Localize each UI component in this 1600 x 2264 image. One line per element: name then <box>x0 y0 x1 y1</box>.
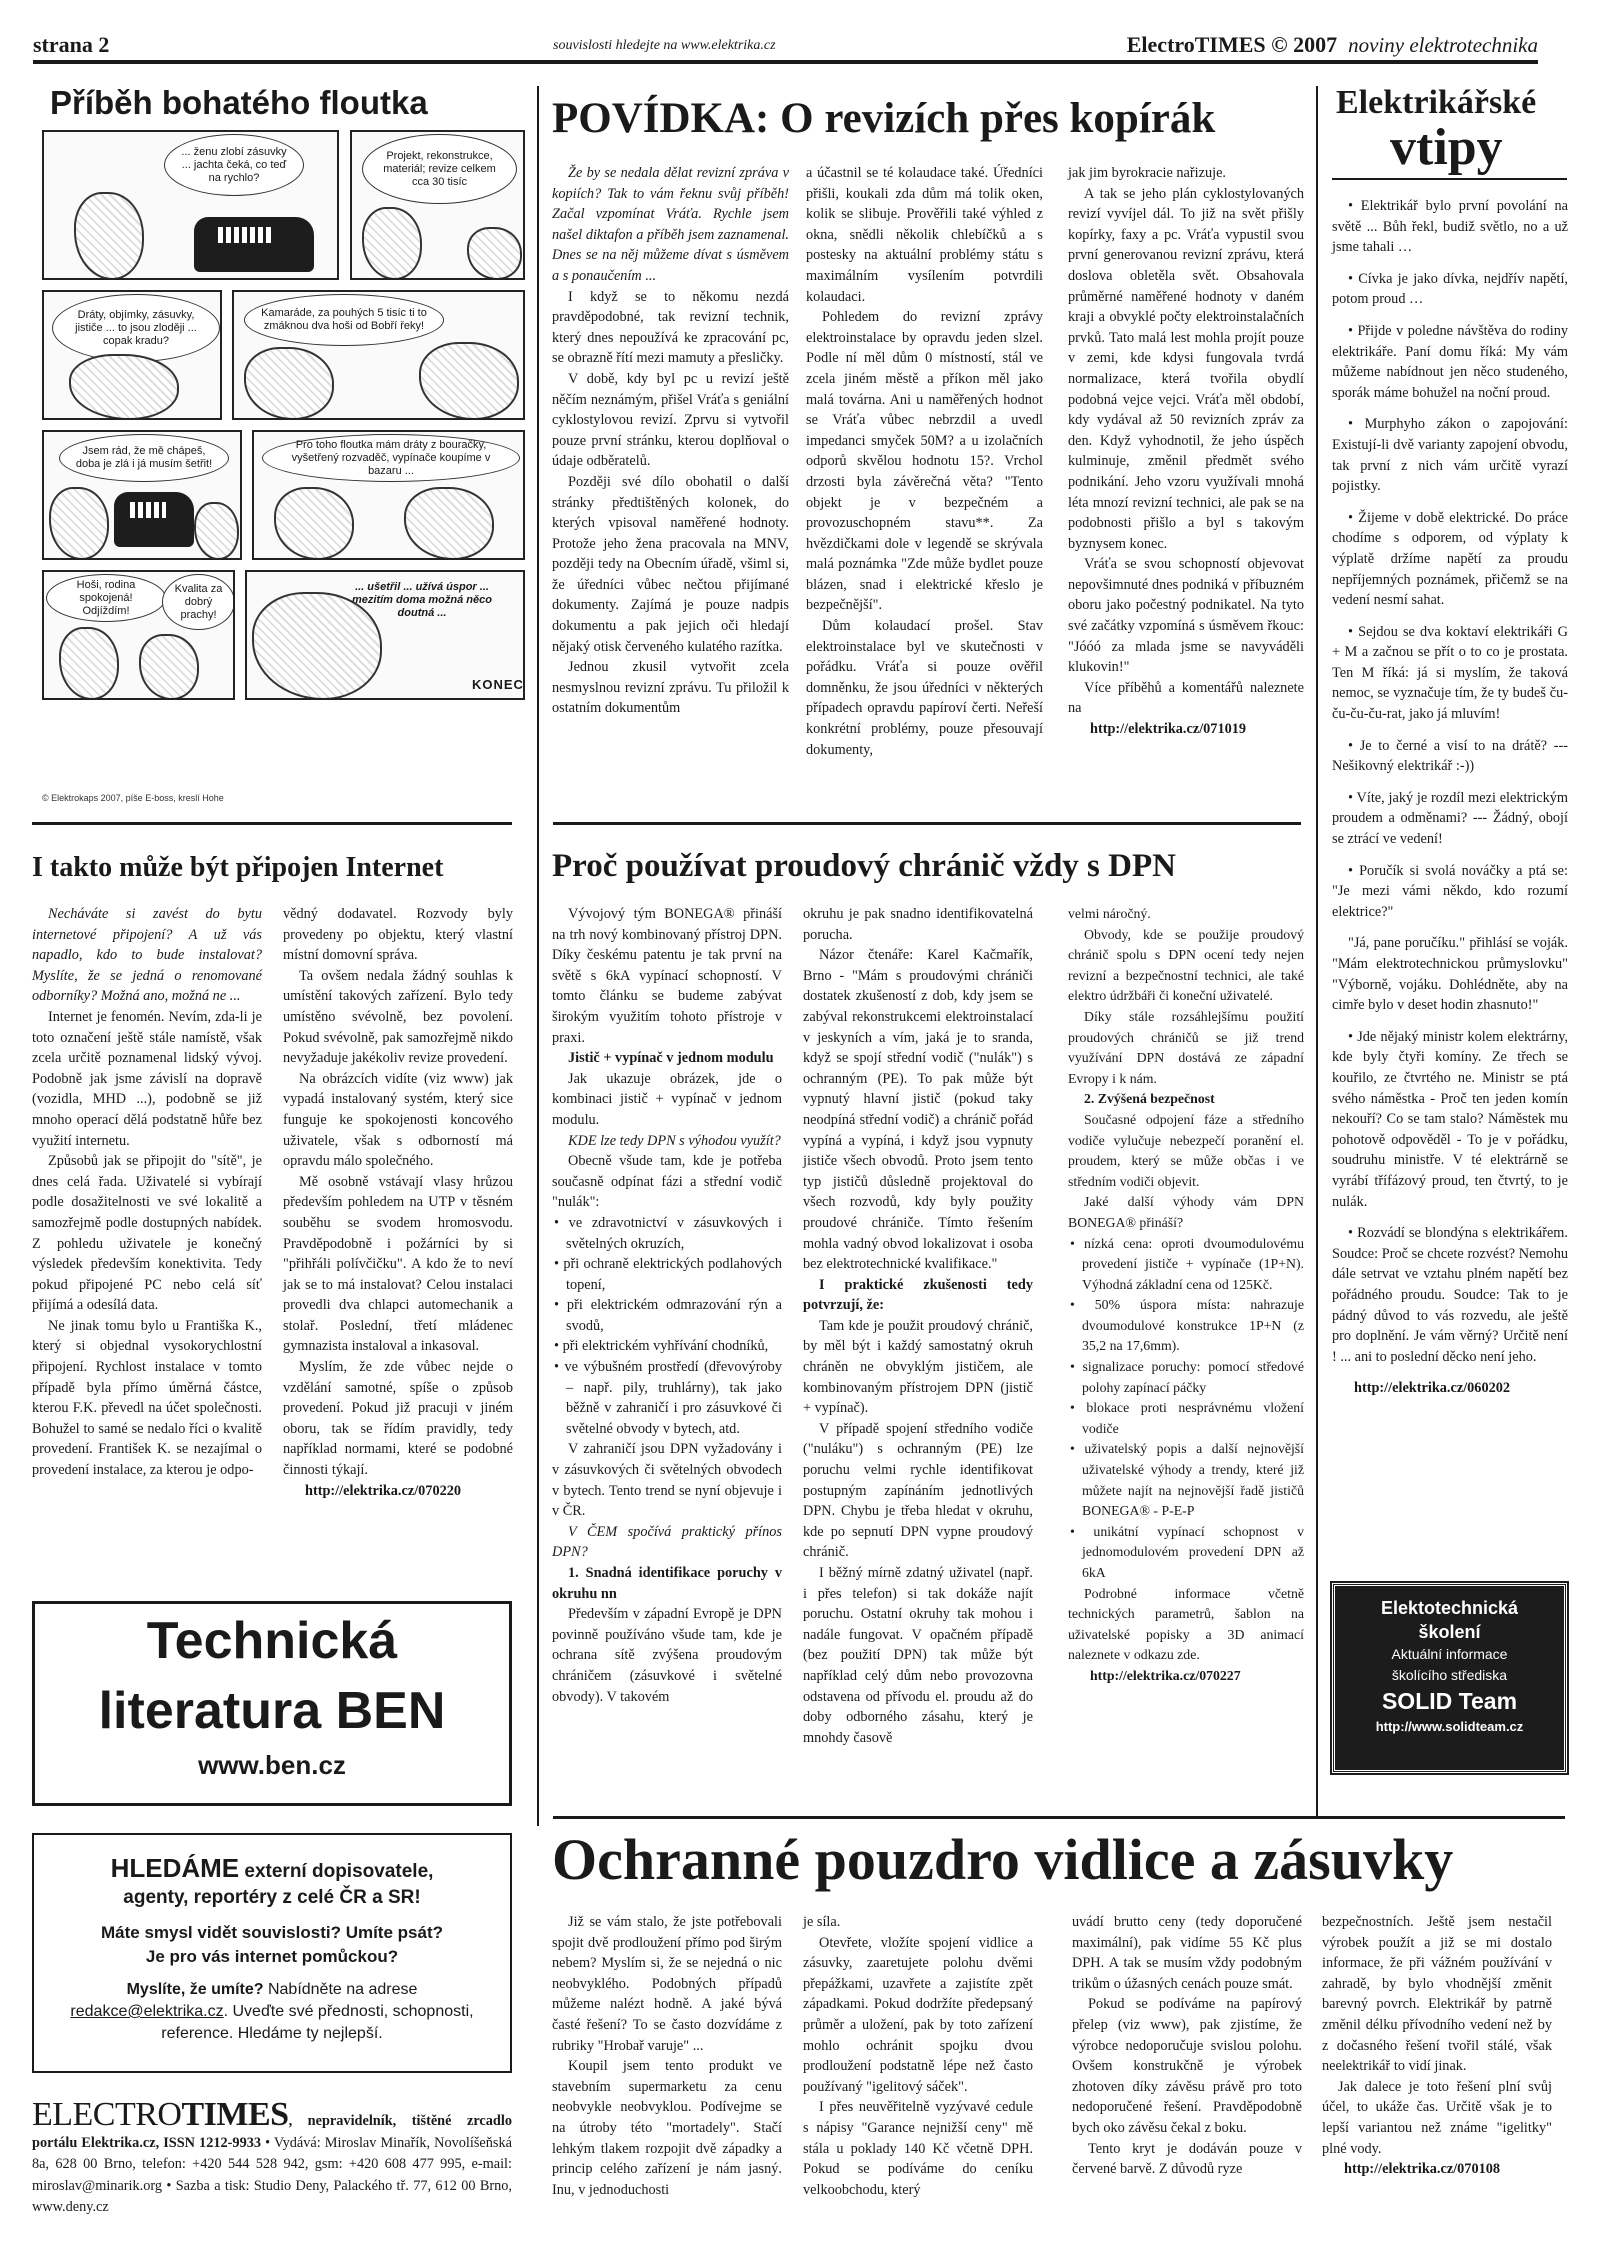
joke: • Žijeme v době elektrické. Do práce cho… <box>1332 508 1568 611</box>
internet-col-1: Necháváte si zavést do bytu internetové … <box>32 904 262 1481</box>
paragraph: Tento kryt je dodáván pouze v červené ba… <box>1072 2139 1302 2180</box>
joke: • Rozvádí se blondýna s elektrikářem. So… <box>1332 1223 1568 1367</box>
joke: • Přijde v poledne návštěva do rodiny el… <box>1332 321 1568 403</box>
speech-bubble: Kvalita za dobrý prachy! <box>162 574 235 630</box>
joke: • Je to černé a visí to na drátě? --- Ne… <box>1332 736 1568 777</box>
comic-credit: © Elektrokaps 2007, píše E-boss, kreslí … <box>42 793 224 803</box>
article-link[interactable]: http://elektrika.cz/070227 <box>1068 1666 1304 1687</box>
subheading: 2. Zvýšená bezpečnost <box>1068 1089 1304 1110</box>
comic-panel-8: ... ušetřil ... užívá úspor ... mezitím … <box>245 570 525 700</box>
paragraph: Vráťa se svou schopností objevovat nepov… <box>1068 554 1304 678</box>
ad-solid-line3: Aktuální informace <box>1335 1644 1564 1665</box>
article-title-povidka: POVÍDKA: O revizích přes kopírák <box>552 94 1215 143</box>
column-divider <box>537 86 539 1826</box>
pouzdro-col-1: Již se vám stalo, že jste potřebovali sp… <box>552 1912 782 2200</box>
paragraph: V zahraničí jsou DPN vyžadovány i v zásu… <box>552 1439 782 1521</box>
paragraph: Jak ukazuje obrázek, jde o kombinaci jis… <box>552 1069 782 1131</box>
paragraph: Současné odpojení fáze a středního vodič… <box>1068 1110 1304 1192</box>
list-item: při ochraně elektrických podlahových top… <box>552 1254 782 1295</box>
car-drawing <box>194 217 314 272</box>
comic-panel-3: Dráty, objímky, zásuvky, jističe ... to … <box>42 290 222 420</box>
article-link[interactable]: http://elektrika.cz/060202 <box>1332 1378 1568 1399</box>
paragraph: I běžný mírně zdatný uživatel (např. i p… <box>803 1563 1033 1748</box>
paragraph: Pokud se podíváme na papírový přelep (vi… <box>1072 1994 1302 2138</box>
paragraph: jak jim byrokracie nařizuje. <box>1068 163 1304 184</box>
character-drawing <box>404 487 494 560</box>
pouzdro-col-2: je síla. Otevřete, vložíte spojení vidli… <box>803 1912 1033 2200</box>
ad-hledame-big: HLEDÁME <box>111 1853 240 1883</box>
speech-bubble: Kamaráde, za pouhých 5 tisíc ti to zmákn… <box>244 294 444 346</box>
paragraph: Tam kde je použit proudový chránič, by m… <box>803 1316 1033 1419</box>
joke: "Já, pane poručíku." přihlásí se voják. … <box>1332 933 1568 1015</box>
list-item: blokace proti nesprávnému vložení vodiče <box>1068 1398 1304 1439</box>
speech-bubble: ... ženu zlobí zásuvky ... jachta čeká, … <box>164 134 304 196</box>
character-drawing <box>362 207 422 280</box>
ad-hledame-text: Myslíte, že umíte? <box>127 1981 264 1998</box>
ad-solid-line4: školícího střediska <box>1335 1665 1564 1686</box>
joke: • Poručík si svolá nováčky a ptá se: "Je… <box>1332 861 1568 923</box>
comic-panel-6: Pro toho floutka mám dráty z bouračky, v… <box>252 430 525 560</box>
paragraph: Jak dalece je toto řešení plní svůj účel… <box>1322 2077 1552 2159</box>
paragraph: Na obrázcích vidíte (viz www) jak vypadá… <box>283 1069 513 1172</box>
paragraph: je síla. <box>803 1912 1033 1933</box>
ad-solid-team[interactable]: Elektotechnická školení Aktuální informa… <box>1332 1583 1567 1773</box>
character-drawing <box>252 592 382 700</box>
pouzdro-col-3: uvádí brutto ceny (tedy doporučené maxim… <box>1072 1912 1302 2180</box>
list-item: unikátní vypínací schopnost v jednomodul… <box>1068 1522 1304 1584</box>
character-drawing <box>244 347 334 420</box>
ad-ben-line1: Technická <box>35 1608 509 1674</box>
ad-hledame-question: Máte smysl vidět souvislosti? Umíte psát… <box>34 1921 510 1969</box>
paragraph: Obvody, kde se použije proudový chránič … <box>1068 925 1304 1007</box>
paragraph: Jaké další výhody vám DPN BONEGA® přináš… <box>1068 1192 1304 1233</box>
email-link[interactable]: redakce@elektrika.cz <box>70 2003 223 2020</box>
paragraph: Ne jinak tomu bylo u Františka K., který… <box>32 1316 262 1481</box>
ad-hledame-text: Máte smysl vidět souvislosti? Umíte psát… <box>101 1923 443 1942</box>
ad-ben-line2: literatura BEN <box>35 1678 509 1744</box>
paragraph: Myslím, že zde vůbec nejde o vzdělání sa… <box>283 1357 513 1481</box>
car-drawing <box>114 492 194 547</box>
character-drawing <box>69 354 179 420</box>
section-divider <box>32 822 512 825</box>
brand-subtitle: noviny elektrotechnika <box>1348 33 1538 57</box>
bullet-list: ve zdravotnictví v zásuvkových i světeln… <box>552 1213 782 1440</box>
ad-solid-url[interactable]: http://www.solidteam.cz <box>1335 1716 1564 1738</box>
paragraph: Především v západní Evropě je DPN povinn… <box>552 1604 782 1707</box>
speech-bubble: Jsem rád, že mě chápeš, doba je zlá i já… <box>59 434 229 482</box>
paragraph: Otevřete, vložíte spojení vidlice a zásu… <box>803 1933 1033 2098</box>
paragraph: V době, kdy byl pc u revizí ještě něčím … <box>552 369 789 472</box>
speech-bubble: Pro toho floutka mám dráty z bouračky, v… <box>262 434 520 482</box>
subheading: 1. Snadná identifikace poruchy v okruhu … <box>552 1563 782 1604</box>
paragraph: vědný dodavatel. Rozvody byly provedeny … <box>283 904 513 966</box>
brand-line: ElectroTIMES © 2007 noviny elektrotechni… <box>1127 32 1538 58</box>
ad-hledame-text: agenty, reportéry z celé ČR a SR! <box>123 1887 420 1908</box>
ad-hledame-text: externí dopisovatele, <box>239 1861 433 1882</box>
vtipy-title-line2: vtipy <box>1390 118 1503 177</box>
paragraph: Způsobů jak se připojit do "sítě", je dn… <box>32 1151 262 1316</box>
joke: • Víte, jaký je rozdíl mezi elektrickým … <box>1332 788 1568 850</box>
vtipy-list: • Elektrikář bylo první povolání na svět… <box>1332 196 1568 1399</box>
character-drawing <box>49 487 109 560</box>
paragraph: Později své dílo obohatil o další stránk… <box>552 472 789 657</box>
ad-hledame-text: Nabídněte na adrese <box>264 1981 418 1998</box>
brand: ElectroTIMES © 2007 <box>1127 32 1337 57</box>
speech-bubble: Projekt, rekonstrukce, materiál; revize … <box>362 134 517 204</box>
list-item: nízká cena: oproti dvoumodulovému proved… <box>1068 1234 1304 1296</box>
character-drawing <box>59 627 119 700</box>
character-drawing <box>194 502 239 560</box>
dpn-col-1: Vývojový tým BONEGA® přináší na trh nový… <box>552 904 782 1707</box>
paragraph: Dům kolaudací prošel. Stav elektroinstal… <box>806 616 1043 760</box>
ad-ben-url[interactable]: www.ben.cz <box>35 1750 509 1781</box>
tagline: souvislosti hledejte na www.elektrika.cz <box>553 38 776 54</box>
paragraph: okruhu je pak snadno identifikovatelná p… <box>803 904 1033 945</box>
comic-signature: KONEC <box>472 677 524 692</box>
article-title-internet: I takto může být připojen Internet <box>32 852 443 884</box>
ad-solid-line1: Elektotechnická <box>1335 1596 1564 1620</box>
comic-strip: ... ženu zlobí zásuvky ... jachta čeká, … <box>42 130 525 800</box>
povidka-col-3: jak jim byrokracie nařizuje. A tak se je… <box>1068 163 1304 740</box>
comic-title: Příběh bohatého floutka <box>50 84 428 122</box>
paragraph: A tak se jeho plán cyklostylovaných revi… <box>1068 184 1304 555</box>
paragraph: Koupil jsem tento produkt ve stavebním s… <box>552 2056 782 2200</box>
character-drawing <box>139 634 199 700</box>
povidka-col-2: a účastnil se té kolaudace také. Úředníc… <box>806 163 1043 760</box>
paragraph: velmi náročný. <box>1068 904 1304 925</box>
list-item: při elektrickém vyhřívání chodníků, <box>552 1336 782 1357</box>
article-title-pouzdro: Ochranné pouzdro vidlice a zásuvky <box>552 1826 1453 1893</box>
article-link[interactable]: http://elektrika.cz/070220 <box>283 1481 513 1502</box>
list-item: při elektrickém odmrazování rýn a svodů, <box>552 1295 782 1336</box>
ad-ben[interactable]: Technická literatura BEN www.ben.cz <box>32 1601 512 1806</box>
vtipy-title-line1: Elektrikářské <box>1336 84 1536 122</box>
pouzdro-col-4: bezpečnostních. Ještě jsem nestačil výro… <box>1322 1912 1552 2180</box>
dpn-col-2: okruhu je pak snadno identifikovatelná p… <box>803 904 1033 1748</box>
page-number: strana 2 <box>33 32 109 58</box>
article-title-dpn: Proč používat proudový chránič vždy s DP… <box>552 848 1176 885</box>
comic-panel-7: Hoši, rodina spokojená! Odjíždím! Kvalit… <box>42 570 235 700</box>
character-drawing <box>274 487 354 560</box>
paragraph: Obecně všude tam, kde je potřeba současn… <box>552 1151 782 1213</box>
comic-panel-1: ... ženu zlobí zásuvky ... jachta čeká, … <box>42 130 339 280</box>
comic-panel-2: Projekt, rekonstrukce, materiál; revize … <box>350 130 525 280</box>
paragraph: V ČEM spočívá praktický přínos DPN? <box>552 1522 782 1563</box>
paragraph: Pohledem do revizní zprávy elektroinstal… <box>806 307 1043 616</box>
character-drawing <box>74 192 144 280</box>
paragraph: Jednou zkusil vytvořit zcela nesmyslnou … <box>552 657 789 719</box>
comic-panel-4: Kamaráde, za pouhých 5 tisíc ti to zmákn… <box>232 290 525 420</box>
list-item: ve výbušném prostředí (dřevovýroby – nap… <box>552 1357 782 1439</box>
paragraph: Mě osobně vstávají vlasy hrůzou předevší… <box>283 1172 513 1357</box>
joke: • Cívka je jako dívka, nejdřív napětí, p… <box>1332 269 1568 310</box>
paragraph: uvádí brutto ceny (tedy doporučené maxim… <box>1072 1912 1302 1994</box>
ad-hledame: HLEDÁME externí dopisovatele, agenty, re… <box>32 1833 512 2073</box>
article-link[interactable]: http://elektrika.cz/070108 <box>1322 2159 1552 2180</box>
joke: • Elektrikář bylo první povolání na svět… <box>1332 196 1568 258</box>
speech-bubble: Dráty, objímky, zásuvky, jističe ... to … <box>52 294 220 362</box>
logo-bold: TIMES <box>181 2096 288 2133</box>
subheading: I praktické zkušenosti tedy potvrzují, ž… <box>803 1275 1033 1316</box>
section-divider <box>1332 178 1567 180</box>
bullet-list: nízká cena: oproti dvoumodulovému proved… <box>1068 1234 1304 1584</box>
ad-solid-line5: SOLID Team <box>1335 1686 1564 1716</box>
list-item: ve zdravotnictví v zásuvkových i světeln… <box>552 1213 782 1254</box>
section-divider <box>553 822 1301 825</box>
list-item: signalizace poruchy: pomocí středové pol… <box>1068 1357 1304 1398</box>
section-divider <box>553 1816 1565 1819</box>
paragraph: Vývojový tým BONEGA® přináší na trh nový… <box>552 904 782 1048</box>
ad-hledame-contact: Myslíte, že umíte? Nabídněte na adrese r… <box>34 1979 510 2045</box>
paragraph: Díky stále rozsáhlejšímu použití proudov… <box>1068 1007 1304 1089</box>
comic-panel-5: Jsem rád, že mě chápeš, doba je zlá i já… <box>42 430 242 560</box>
paragraph: Ta ovšem nedala žádný souhlas k umístění… <box>283 966 513 1069</box>
subheading: Jistič + vypínač v jednom modulu <box>552 1048 782 1069</box>
character-drawing <box>419 342 519 420</box>
paragraph: I když se to někomu nezdá pravděpodobné,… <box>552 287 789 369</box>
speech-bubble: Hoši, rodina spokojená! Odjíždím! <box>46 574 166 622</box>
logo-light: ELECTRO <box>32 2096 181 2133</box>
colophon: ELECTROTIMES, nepravidelník, tištěné zrc… <box>32 2100 512 2219</box>
paragraph: Podrobné informace včetně technických pa… <box>1068 1584 1304 1666</box>
paragraph: Necháváte si zavést do bytu internetové … <box>32 904 262 1007</box>
paragraph: Více příběhů a komentářů naleznete na <box>1068 678 1304 719</box>
joke: • Jde nějaký ministr kolem elektrárny, k… <box>1332 1027 1568 1212</box>
ad-hledame-headline: HLEDÁME externí dopisovatele, agenty, re… <box>34 1855 510 1911</box>
povidka-col-1: Že by se nedala dělat revizní zpráva v k… <box>552 163 789 719</box>
ad-solid-line2: školení <box>1335 1620 1564 1644</box>
ad-hledame-text: Je pro vás internet pomůckou? <box>146 1947 398 1966</box>
joke: • Sejdou se dva koktaví elektrikáři G + … <box>1332 622 1568 725</box>
paragraph: V případě spojení středního vodiče ("nul… <box>803 1419 1033 1563</box>
electrotimes-logo: ELECTROTIMES <box>32 2096 289 2133</box>
paragraph: Že by se nedala dělat revizní zpráva v k… <box>552 163 789 287</box>
joke: • Murphyho zákon o zapojování: Existují-… <box>1332 414 1568 496</box>
paragraph: KDE lze tedy DPN s výhodou využít? <box>552 1131 782 1152</box>
paragraph: I přes neuvěřitelně vyzývavé cedule s ná… <box>803 2097 1033 2200</box>
paragraph: a účastnil se té kolaudace také. Úředníc… <box>806 163 1043 307</box>
paragraph: Internet je fenomén. Nevím, zda-li je to… <box>32 1007 262 1151</box>
list-item: uživatelský popis a další nejnovější uži… <box>1068 1439 1304 1521</box>
character-drawing <box>467 227 522 280</box>
list-item: 50% úspora místa: nahrazuje dvoumodulové… <box>1068 1295 1304 1357</box>
paragraph: Již se vám stalo, že jste potřebovali sp… <box>552 1912 782 2056</box>
paragraph: bezpečnostních. Ještě jsem nestačil výro… <box>1322 1912 1552 2077</box>
column-divider <box>1316 86 1318 1816</box>
dpn-col-3: velmi náročný. Obvody, kde se použije pr… <box>1068 904 1304 1687</box>
paragraph: Názor čtenáře: Karel Kačmařík, Brno - "M… <box>803 945 1033 1275</box>
internet-col-2: vědný dodavatel. Rozvody byly provedeny … <box>283 904 513 1501</box>
article-link[interactable]: http://elektrika.cz/071019 <box>1068 719 1304 740</box>
masthead: strana 2 souvislosti hledejte na www.ele… <box>33 28 1538 64</box>
